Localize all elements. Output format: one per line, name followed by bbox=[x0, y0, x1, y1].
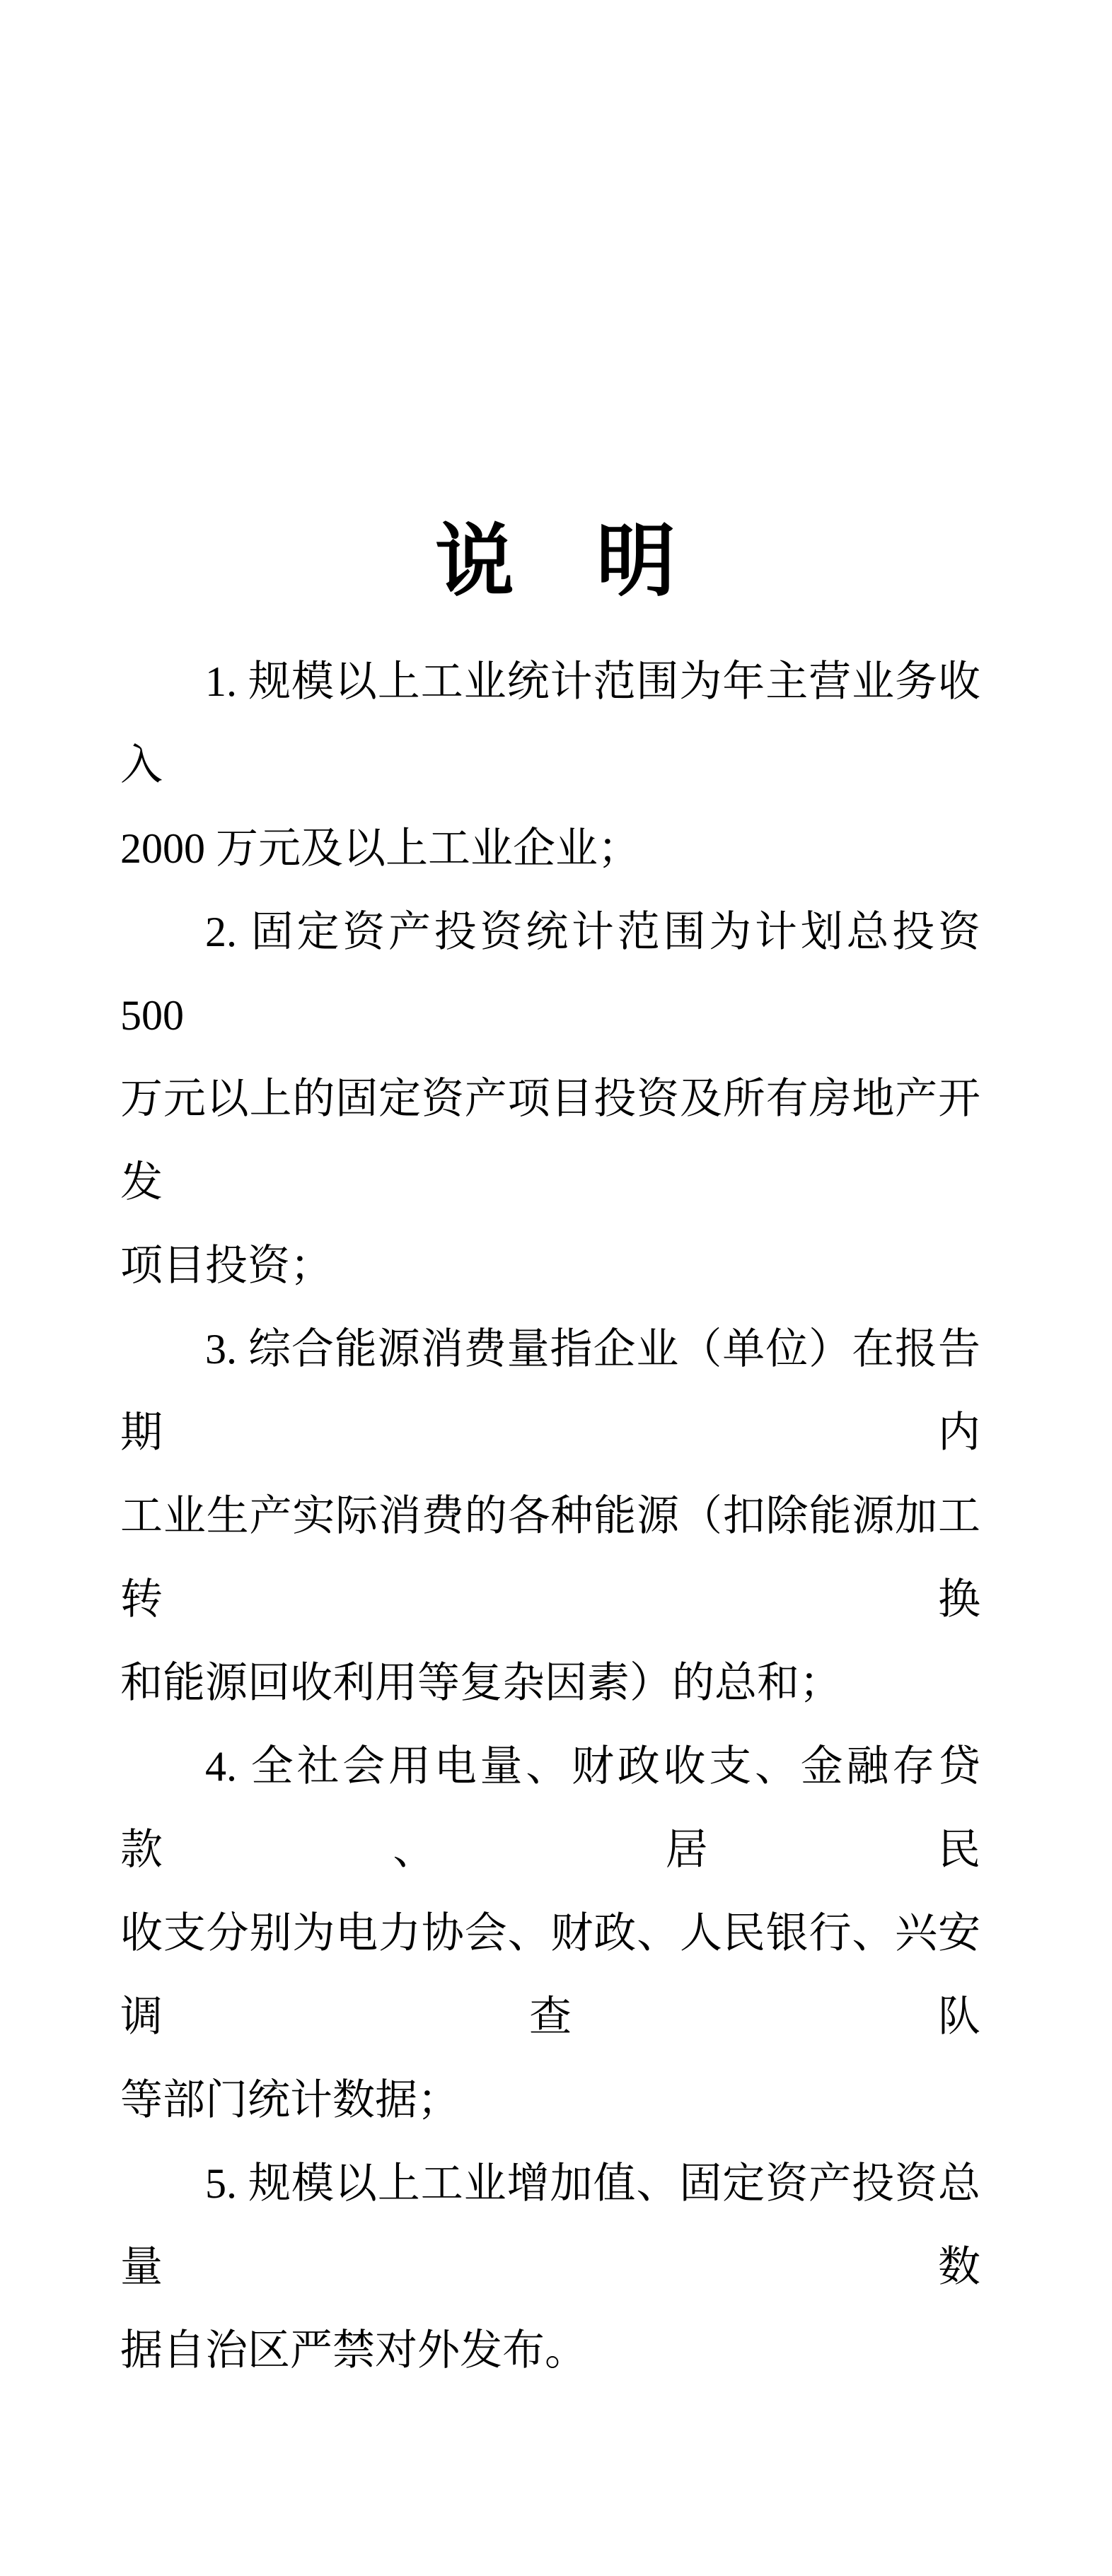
paragraph-2-line-1: 2. 固定资产投资统计范围为计划总投资 500 bbox=[120, 890, 980, 1057]
page-title: 说 明 bbox=[0, 509, 1112, 615]
paragraph-5-line-2: 据自治区严禁对外发布。 bbox=[120, 2309, 980, 2392]
paragraph-4-line-2: 收支分别为电力协会、财政、人民银行、兴安调查队 bbox=[120, 1892, 980, 2058]
paragraph-1-line-2: 2000 万元及以上工业企业； bbox=[120, 807, 980, 890]
paragraph-5: 5. 规模以上工业增加值、固定资产投资总量数 据自治区严禁对外发布。 bbox=[120, 2142, 980, 2392]
paragraph-1: 1. 规模以上工业统计范围为年主营业务收入 2000 万元及以上工业企业； bbox=[120, 640, 980, 890]
paragraph-3-line-3: 和能源回收利用等复杂因素）的总和； bbox=[120, 1641, 980, 1725]
body-text: 1. 规模以上工业统计范围为年主营业务收入 2000 万元及以上工业企业； 2.… bbox=[120, 640, 980, 2392]
paragraph-5-line-1: 5. 规模以上工业增加值、固定资产投资总量数 bbox=[120, 2142, 980, 2309]
paragraph-2-line-3: 项目投资； bbox=[120, 1224, 980, 1307]
paragraph-4: 4. 全社会用电量、财政收支、金融存贷款、居民 收支分别为电力协会、财政、人民银… bbox=[120, 1725, 980, 2142]
paragraph-4-line-3: 等部门统计数据； bbox=[120, 2058, 980, 2142]
paragraph-3: 3. 综合能源消费量指企业（单位）在报告期内 工业生产实际消费的各种能源（扣除能… bbox=[120, 1307, 980, 1725]
paragraph-3-line-2: 工业生产实际消费的各种能源（扣除能源加工转换 bbox=[120, 1474, 980, 1641]
paragraph-3-line-1: 3. 综合能源消费量指企业（单位）在报告期内 bbox=[120, 1307, 980, 1474]
paragraph-2: 2. 固定资产投资统计范围为计划总投资 500 万元以上的固定资产项目投资及所有… bbox=[120, 890, 980, 1307]
paragraph-4-line-1: 4. 全社会用电量、财政收支、金融存贷款、居民 bbox=[120, 1725, 980, 1892]
paragraph-1-line-1: 1. 规模以上工业统计范围为年主营业务收入 bbox=[120, 640, 980, 807]
paragraph-2-line-2: 万元以上的固定资产项目投资及所有房地产开发 bbox=[120, 1057, 980, 1224]
document-page: 说 明 1. 规模以上工业统计范围为年主营业务收入 2000 万元及以上工业企业… bbox=[0, 0, 1112, 2576]
